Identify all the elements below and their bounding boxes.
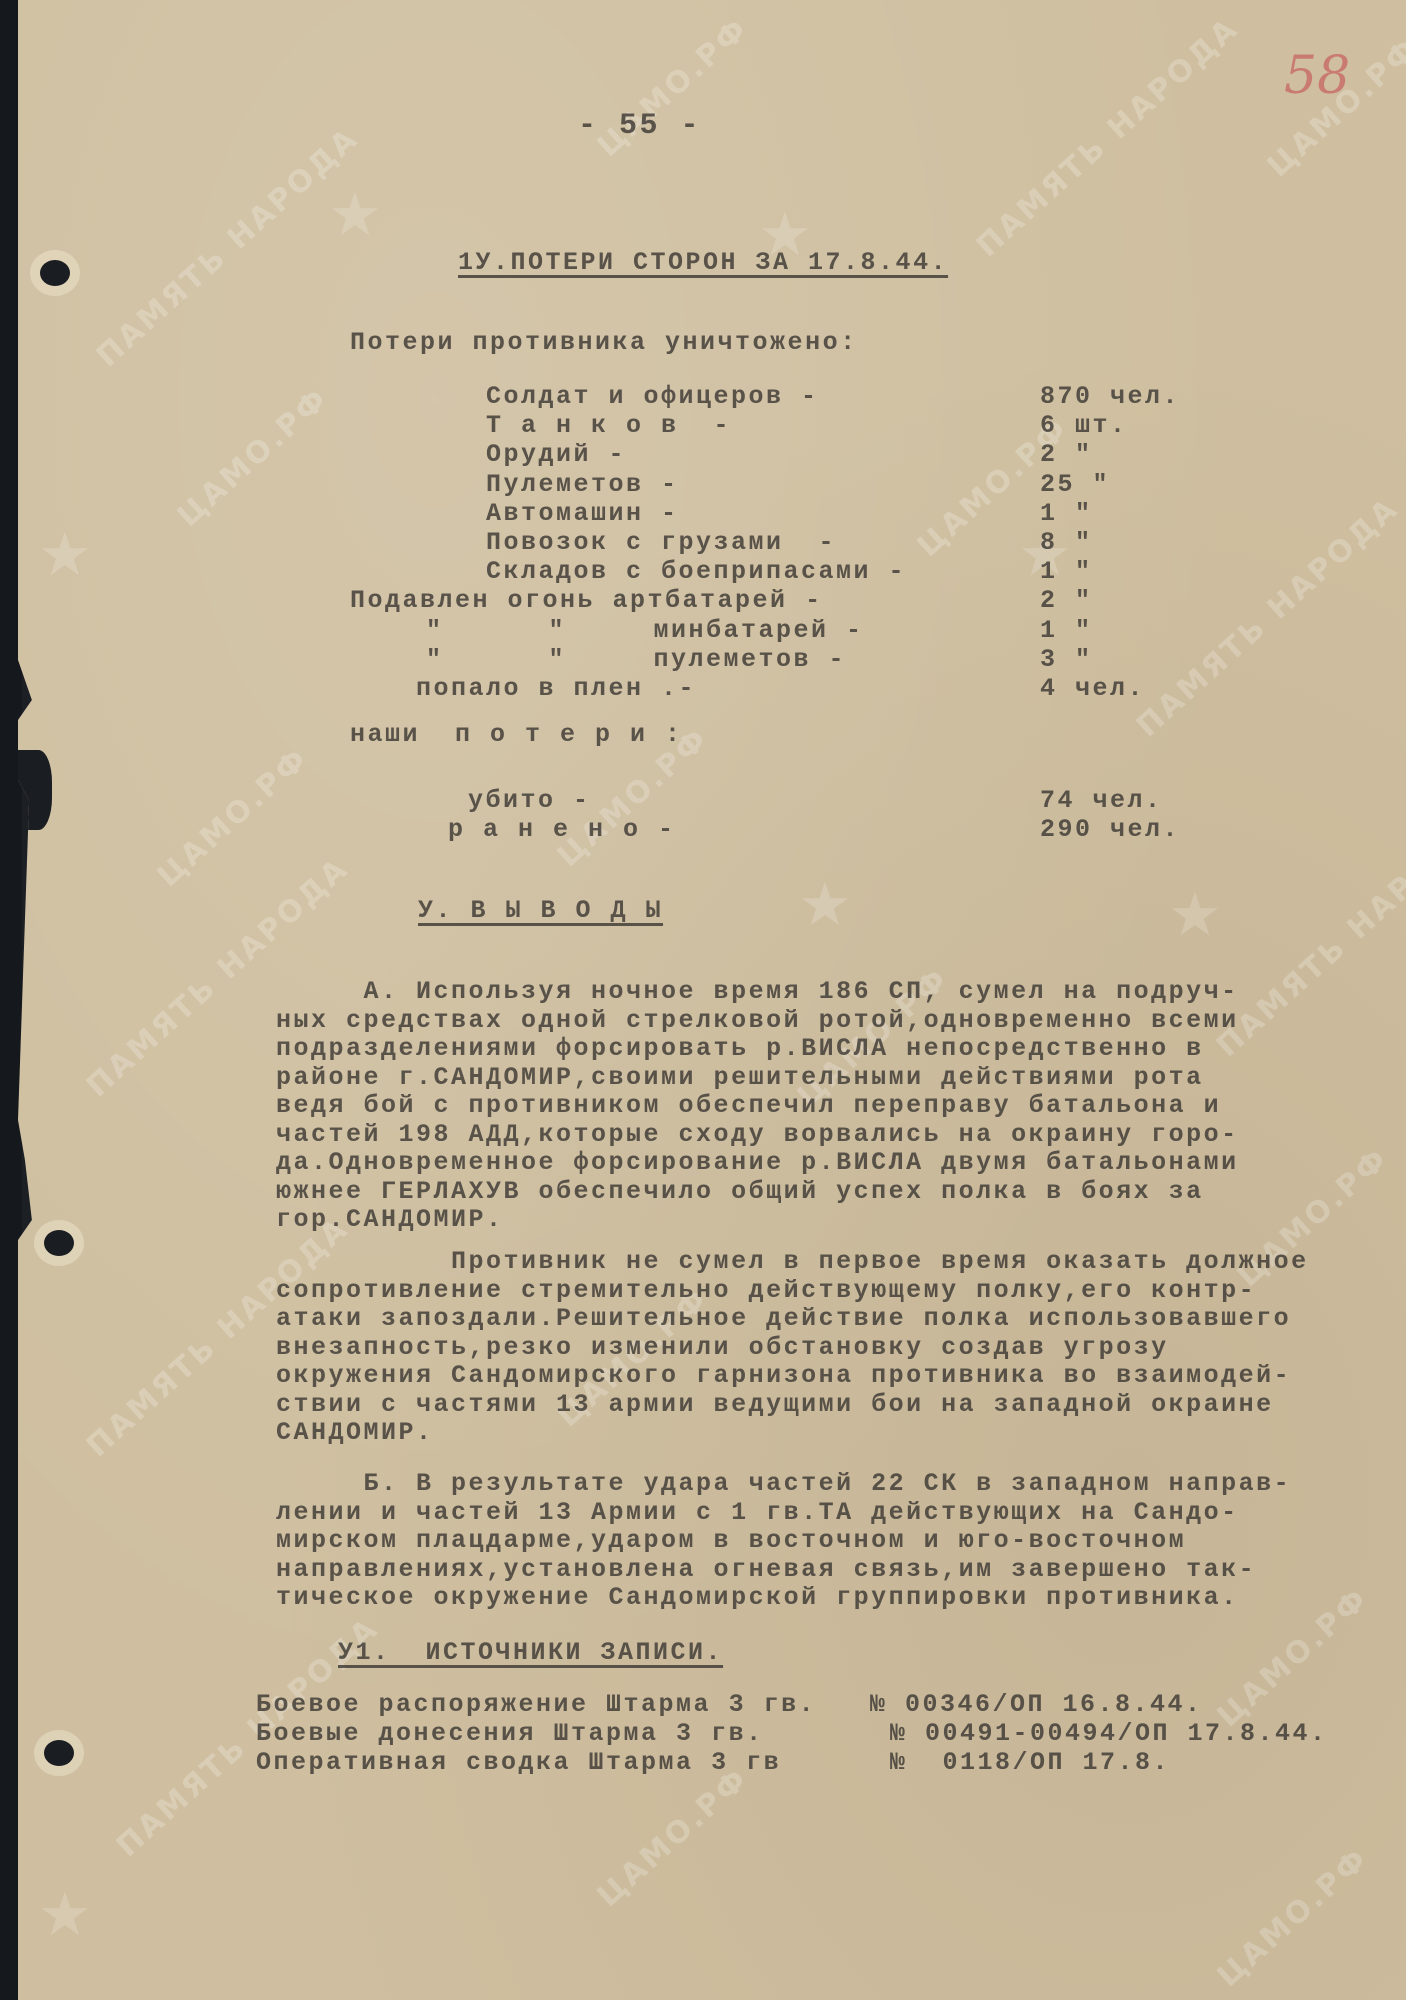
- text-line: А. Используя ночное время 186 СП, сумел …: [276, 978, 1356, 1007]
- enemy-loss-item-label: Т а н к о в -: [486, 411, 731, 440]
- enemy-loss-item-value: 1 ": [1040, 616, 1240, 645]
- conclusion-paragraph-a: А. Используя ночное время 186 СП, сумел …: [276, 978, 1356, 1235]
- enemy-loss-item-value: 4 чел.: [1040, 674, 1240, 703]
- enemy-loss-item-label: Подавлен огонь артбатарей -: [350, 586, 823, 615]
- source-reference: № 00346/ОП 16.8.44.: [870, 1690, 1203, 1719]
- watermark: ЦАМО.РФ: [1211, 1841, 1376, 1995]
- text-line: южнее ГЕРЛАХУВ обеспечило общий успех по…: [276, 1178, 1356, 1207]
- enemy-losses-heading: Потери противника уничтожено:: [350, 328, 858, 357]
- source-name: Боевое распоряжение Штарма 3 гв.: [256, 1690, 816, 1719]
- text-line: гор.САНДОМИР.: [276, 1206, 1356, 1235]
- text-line: Противник не сумел в первое время оказат…: [276, 1248, 1356, 1277]
- enemy-loss-item-value: 870 чел.: [1040, 382, 1240, 411]
- source-name: Оперативная сводка Штарма 3 гв: [256, 1748, 781, 1777]
- conclusion-paragraph-a-continued: Противник не сумел в первое время оказат…: [276, 1248, 1356, 1448]
- document-page: ЦАМО.РФ ПАМЯТЬ НАРОДА ЦАМО.РФ ПАМЯТЬ НАР…: [18, 0, 1406, 2000]
- star-watermark-icon: ★: [38, 520, 92, 590]
- text-line: ствии с частями 13 армии ведущими бои на…: [276, 1391, 1356, 1420]
- enemy-loss-item-label: Пулеметов -: [486, 470, 679, 499]
- enemy-loss-item-label: Солдат и офицеров -: [486, 382, 819, 411]
- enemy-loss-item-label: Автомашин -: [486, 499, 679, 528]
- star-watermark-icon: ★: [328, 180, 382, 250]
- enemy-loss-item-value: 2 ": [1040, 586, 1240, 615]
- text-line: ведя бой с противником обеспечил перепра…: [276, 1092, 1356, 1121]
- section-vi-title: У1. ИСТОЧНИКИ ЗАПИСИ.: [338, 1638, 723, 1667]
- section-v-title: У. В Ы В О Д Ы: [418, 896, 663, 925]
- enemy-loss-item-value: 2 ": [1040, 440, 1240, 469]
- our-loss-item-value: 74 чел.: [1040, 786, 1240, 815]
- star-watermark-icon: ★: [38, 1880, 92, 1950]
- section-iv-title: 1У.ПОТЕРИ СТОРОН ЗА 17.8.44.: [458, 248, 948, 277]
- enemy-loss-item-label: " " пулеметов -: [426, 645, 846, 674]
- watermark: ЦАМО.РФ: [591, 1761, 756, 1915]
- text-line: внезапность,резко изменили обстановку со…: [276, 1334, 1356, 1363]
- watermark: ПАМЯТЬ НАРОДА: [970, 11, 1246, 264]
- text-line: САНДОМИР.: [276, 1419, 1356, 1448]
- enemy-loss-item-value: 6 шт.: [1040, 411, 1240, 440]
- text-line: направлениях,установлена огневая связь,и…: [276, 1556, 1356, 1585]
- enemy-loss-item-label: Складов с боеприпасами -: [486, 557, 906, 586]
- torn-edge: [18, 750, 52, 830]
- watermark: ПАМЯТЬ НАРОДА: [90, 121, 366, 374]
- our-losses-heading: наши п о т е р и :: [350, 720, 683, 749]
- punch-hole: [44, 1230, 74, 1256]
- enemy-loss-item-value: 8 ": [1040, 528, 1240, 557]
- text-line: окружения Сандомирского гарнизона против…: [276, 1362, 1356, 1391]
- text-line: да.Одновременное форсирование р.ВИСЛА дв…: [276, 1149, 1356, 1178]
- enemy-loss-item-value: 3 ": [1040, 645, 1240, 674]
- text-line: частей 198 АДД,которые сходу ворвались н…: [276, 1121, 1356, 1150]
- enemy-loss-item-value: 1 ": [1040, 557, 1240, 586]
- page-number: - 55 -: [578, 112, 701, 141]
- punch-hole: [40, 260, 70, 286]
- watermark: ЦАМО.РФ: [151, 741, 316, 895]
- our-loss-item-value: 290 чел.: [1040, 815, 1240, 844]
- enemy-loss-item-label: Орудий -: [486, 440, 626, 469]
- text-line: сопротивление стремительно действующему …: [276, 1277, 1356, 1306]
- watermark: ЦАМО.РФ: [171, 381, 336, 535]
- punch-hole: [44, 1740, 74, 1766]
- source-reference: № 0118/ОП 17.8.: [890, 1748, 1170, 1777]
- star-watermark-icon: ★: [1168, 880, 1222, 950]
- text-line: тическое окружение Сандомирской группиро…: [276, 1584, 1356, 1613]
- archive-page-number: 58: [1284, 46, 1350, 106]
- text-line: лении и частей 13 Армии с 1 гв.ТА действ…: [276, 1499, 1356, 1528]
- text-line: районе г.САНДОМИР,своими решительными де…: [276, 1064, 1356, 1093]
- enemy-loss-item-label: " " минбатарей -: [426, 616, 864, 645]
- enemy-loss-item-value: 25 ": [1040, 470, 1240, 499]
- conclusion-paragraph-b: Б. В результате удара частей 22 СК в зап…: [276, 1470, 1356, 1613]
- source-reference: № 00491-00494/ОП 17.8.44.: [890, 1719, 1328, 1748]
- text-line: мирском плацдарме,ударом в восточном и ю…: [276, 1527, 1356, 1556]
- enemy-loss-item-label: Повозок с грузами -: [486, 528, 836, 557]
- enemy-loss-item-value: 1 ": [1040, 499, 1240, 528]
- text-line: Б. В результате удара частей 22 СК в зап…: [276, 1470, 1356, 1499]
- enemy-loss-item-label: попало в плен .-: [416, 674, 696, 703]
- star-watermark-icon: ★: [798, 870, 852, 940]
- our-loss-item-label: убито -: [468, 786, 591, 815]
- source-name: Боевые донесения Штарма 3 гв.: [256, 1719, 764, 1748]
- text-line: подразделениями форсировать р.ВИСЛА непо…: [276, 1035, 1356, 1064]
- text-line: ных средствах одной стрелковой ротой,одн…: [276, 1007, 1356, 1036]
- our-loss-item-label: р а н е н о -: [448, 815, 676, 844]
- text-line: атаки запоздали.Решительное действие пол…: [276, 1305, 1356, 1334]
